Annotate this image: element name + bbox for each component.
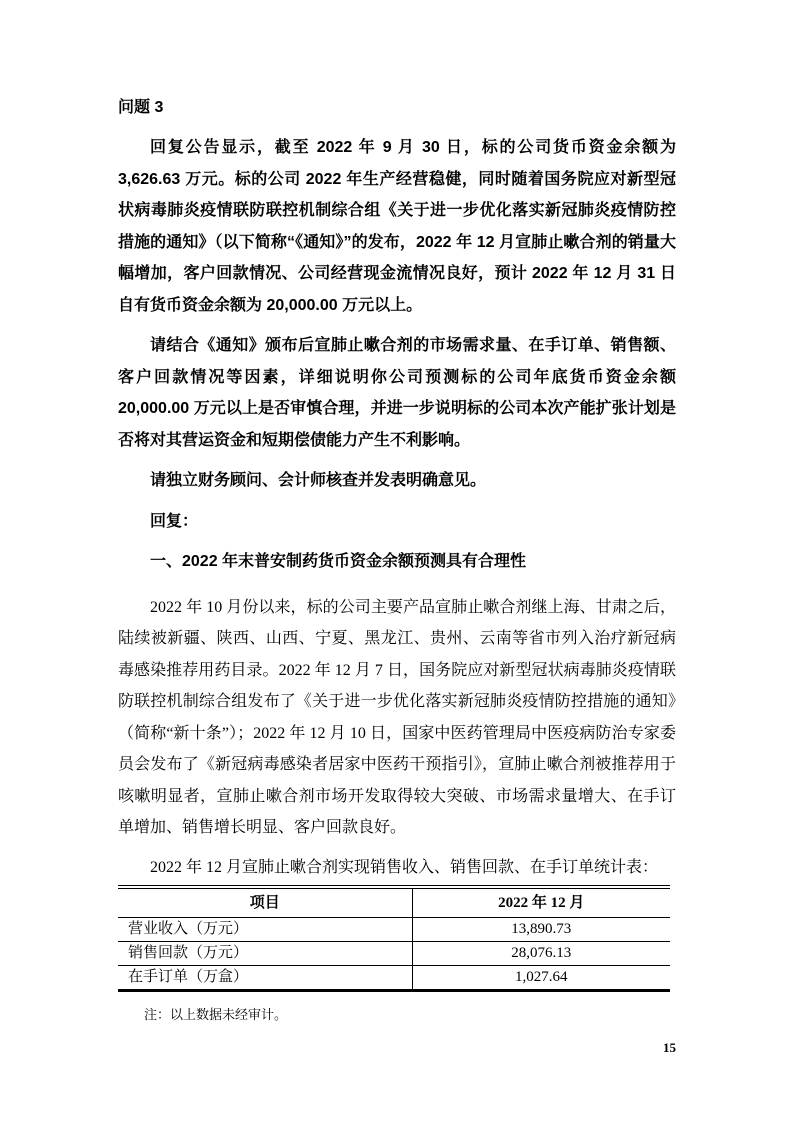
- table-cell-revenue-value: 13,890.73: [412, 918, 670, 942]
- table-header-item: 项目: [118, 887, 412, 918]
- question-paragraph-3: 请独立财务顾问、会计师核查并发表明确意见。: [118, 465, 676, 497]
- reply-label: 回复：: [118, 506, 676, 538]
- page-number: 15: [663, 1040, 676, 1056]
- section-body-paragraph: 2022 年 10 月份以来，标的公司主要产品宣肺止嗽合剂继上海、甘肃之后，陆续…: [118, 592, 676, 844]
- table-row-revenue: 营业收入（万元） 13,890.73: [118, 918, 670, 942]
- table-row-collections: 销售回款（万元） 28,076.13: [118, 942, 670, 966]
- table-note: 注：以上数据未经审计。: [144, 1006, 676, 1024]
- table-cell-collections-label: 销售回款（万元）: [118, 942, 412, 966]
- question-title: 问题 3: [118, 96, 676, 120]
- table-header-row: 项目 2022 年 12 月: [118, 887, 670, 918]
- question-paragraph-2: 请结合《通知》颁布后宣肺止嗽合剂的市场需求量、在手订单、销售额、客户回款情况等因…: [118, 330, 676, 456]
- table-cell-collections-value: 28,076.13: [412, 942, 670, 966]
- table-header-period: 2022 年 12 月: [412, 887, 670, 918]
- table-cell-orders-value: 1,027.64: [412, 966, 670, 991]
- section-heading: 一、2022 年末普安制药货币资金余额预测具有合理性: [118, 546, 676, 578]
- sales-statistics-table: 项目 2022 年 12 月 营业收入（万元） 13,890.73 销售回款（万…: [118, 885, 670, 992]
- table-row-orders: 在手订单（万盒） 1,027.64: [118, 966, 670, 991]
- document-page: 问题 3 回复公告显示，截至 2022 年 9 月 30 日，标的公司货币资金余…: [0, 0, 793, 1122]
- question-paragraph-1: 回复公告显示，截至 2022 年 9 月 30 日，标的公司货币资金余额为 3,…: [118, 132, 676, 321]
- table-cell-orders-label: 在手订单（万盒）: [118, 966, 412, 991]
- table-intro: 2022 年 12 月宣肺止嗽合剂实现销售收入、销售回款、在手订单统计表：: [118, 852, 676, 884]
- table-cell-revenue-label: 营业收入（万元）: [118, 918, 412, 942]
